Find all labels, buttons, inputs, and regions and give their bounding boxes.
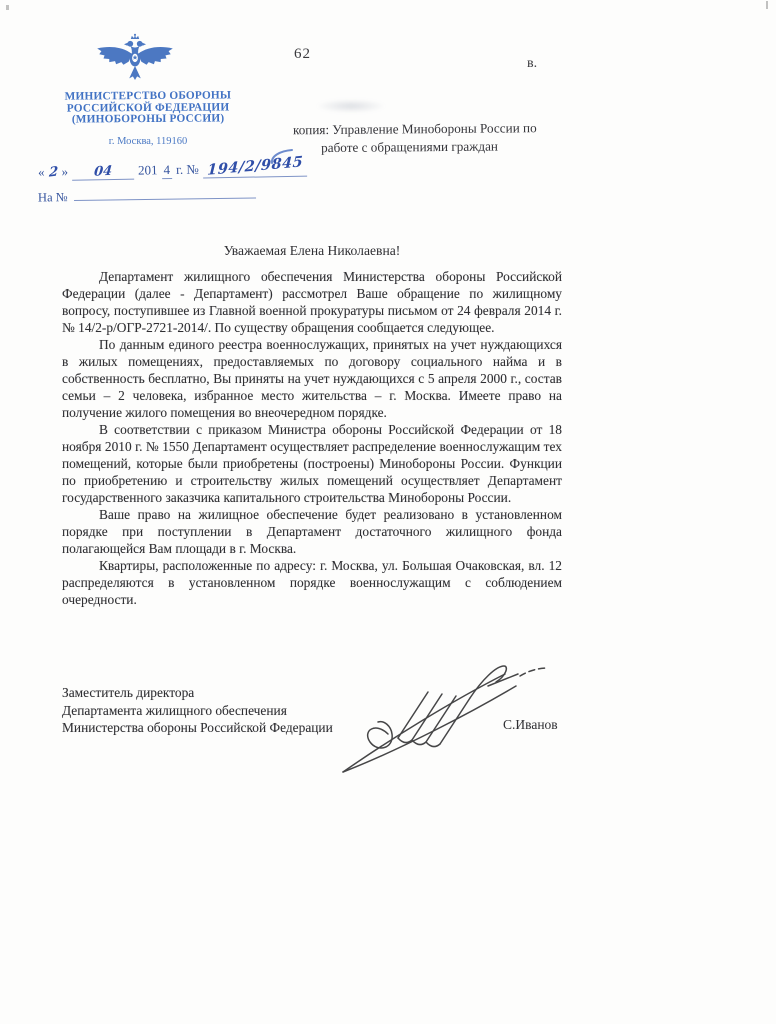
copy-recipient-block: копия: Управление Минобороны России по р… [293, 119, 593, 157]
org-name-line3: (МИНОБОРОНЫ РОССИИ) [30, 113, 266, 126]
incoming-label: На № [38, 190, 68, 205]
open-quote: « [38, 164, 45, 180]
scan-speck [766, 1, 768, 9]
incoming-number-row: На № [38, 187, 256, 205]
page-number: 62 [294, 46, 311, 63]
signature-title-line1: Заместитель директора [62, 684, 333, 702]
date-month-blank: 04 [72, 163, 134, 181]
signature-title-line3: Министерства обороны Российской Федераци… [62, 719, 333, 737]
body-paragraph: Квартиры, расположенные по адресу: г. Мо… [62, 557, 562, 608]
signer-name: С.Иванов [503, 717, 558, 733]
signature-title-line2: Департамента жилищного обеспечения [62, 702, 333, 720]
org-address: г. Москва, 119160 [30, 136, 266, 147]
incoming-number-blank [74, 197, 256, 201]
letter-body: Департамент жилищного обеспечения Минист… [62, 268, 562, 608]
body-paragraph: Ваше право на жилищное обеспечение будет… [62, 506, 562, 557]
copy-recipient-line2: работе с обращениями граждан [293, 136, 593, 156]
reference-date-row: « 2 » 04 2014 г. № 194/2/9845 [38, 159, 307, 182]
body-paragraph: По данным единого реестра военнослужащих… [62, 336, 562, 421]
date-month-handwritten: 04 [93, 164, 112, 180]
scanned-letter-page: 62 в. МИНИСТЕРСТВО ОБОРОНЫ РОССИЙСКОЙ ФЕ… [0, 0, 776, 1024]
close-quote: » [61, 164, 68, 180]
scan-smudge [316, 99, 386, 113]
number-label: г. № [176, 162, 199, 178]
body-paragraph: Департамент жилищного обеспечения Минист… [62, 268, 562, 336]
body-paragraph: В соответствии с приказом Министра оборо… [62, 421, 562, 506]
salutation: Уважаемая Елена Николаевна! [62, 243, 562, 259]
corner-text-fragment: в. [527, 56, 537, 72]
org-name: МИНИСТЕРСТВО ОБОРОНЫ РОССИЙСКОЙ ФЕДЕРАЦИ… [30, 90, 266, 126]
signature-title-block: Заместитель директора Департамента жилищ… [62, 684, 333, 737]
date-day-handwritten: 2 [48, 164, 58, 180]
scan-speck [6, 5, 9, 10]
stray-pen-mark [268, 147, 294, 167]
mod-double-eagle-icon [93, 32, 177, 86]
year-last-digit: 4 [161, 162, 172, 179]
year-prefix: 201 [138, 162, 158, 178]
